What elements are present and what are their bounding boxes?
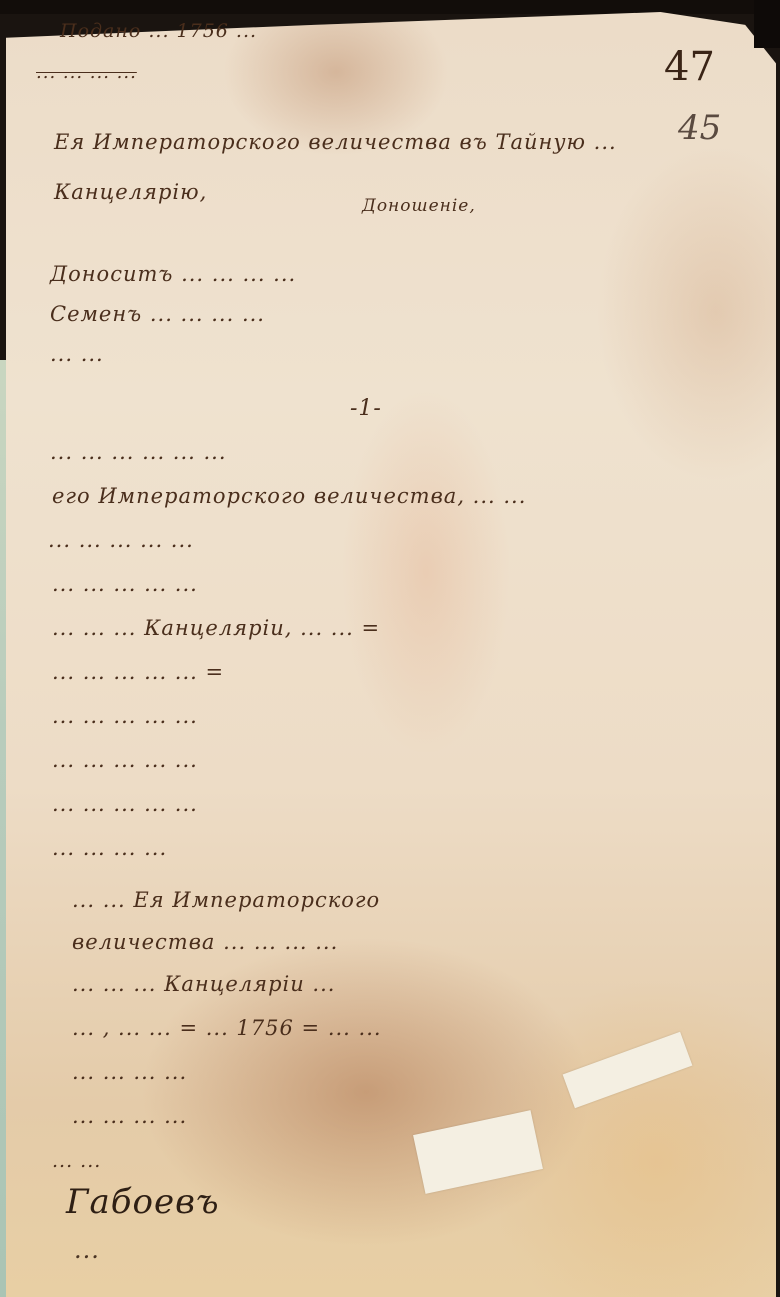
closing-line: ... ... ... ... (72, 1104, 187, 1128)
body-line: ... ... ... ... ... (52, 704, 198, 728)
address-line: Ея Императорского величества въ Тайную .… (54, 130, 617, 154)
document-title: Доношеніе, (362, 196, 476, 216)
scan-corner (754, 0, 780, 48)
body-line: ... ... ... ... (52, 836, 167, 860)
body-line: ... ... ... ... ... (52, 792, 198, 816)
header-note-struck: ... ... ... ... (36, 62, 137, 83)
body-line: его Императорского величества, ... ... (52, 484, 526, 508)
body-line: ... ... ... Канцеляріи, ... ... = (52, 616, 380, 640)
closing-line: величества ... ... ... ... (72, 930, 338, 954)
section-number: -1- (350, 396, 382, 421)
closing-line: ... , ... ... = ... 1756 = ... ... (72, 1016, 382, 1040)
preamble-line: Доноситъ ... ... ... ... (50, 262, 296, 286)
body-line: ... ... ... ... ... ... (50, 440, 227, 464)
scan-top-edge (0, 0, 780, 14)
body-line: ... ... ... ... ... (52, 748, 198, 772)
closing-line: ... ... Ея Императорского (72, 888, 380, 912)
signature-subline: ... (74, 1236, 100, 1264)
closing-line: ... ... (52, 1150, 101, 1172)
closing-line: ... ... ... ... (72, 1060, 187, 1084)
closing-line: ... ... ... Канцеляріи ... (72, 972, 335, 996)
signature: Габоевъ (66, 1182, 220, 1222)
address-line: Канцелярію, (54, 180, 207, 204)
header-note: Подано ... 1756 ... (60, 20, 257, 42)
preamble-line: ... ... (50, 342, 104, 366)
body-line: ... ... ... ... ... = (52, 660, 224, 684)
preamble-line: Семенъ ... ... ... ... (50, 302, 265, 326)
folio-number: 47 (664, 44, 715, 90)
body-line: ... ... ... ... ... (48, 528, 194, 552)
body-line: ... ... ... ... ... (52, 572, 198, 596)
folio-number-secondary: 45 (678, 108, 721, 148)
